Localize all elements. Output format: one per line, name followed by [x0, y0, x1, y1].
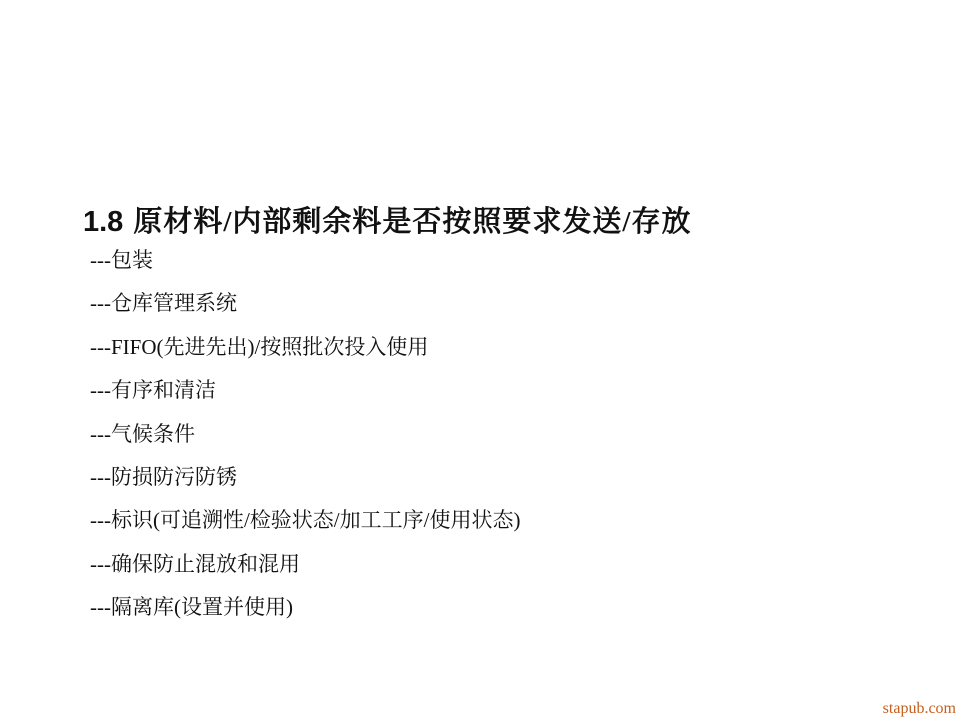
list-item: ---有序和清洁 [90, 369, 890, 412]
watermark: stapub.com [883, 700, 956, 718]
list-item: ---标识(可追溯性/检验状态/加工工序/使用状态) [90, 499, 890, 542]
list-item: ---包装 [90, 239, 890, 282]
section-title-text: 原材料/内部剩余料是否按照要求发送/存放 [133, 206, 691, 238]
list-item: ---确保防止混放和混用 [90, 543, 890, 586]
slide: 1.8原材料/内部剩余料是否按照要求发送/存放 ---包装 ---仓库管理系统 … [0, 0, 960, 720]
list-item: ---防损防污防锈 [90, 456, 890, 499]
list-item: ---气候条件 [90, 413, 890, 456]
page-title: 1.8原材料/内部剩余料是否按照要求发送/存放 [83, 199, 691, 240]
list-item: ---隔离库(设置并使用) [90, 586, 890, 629]
list-item: ---FIFO(先进先出)/按照批次投入使用 [90, 326, 890, 369]
checklist: ---包装 ---仓库管理系统 ---FIFO(先进先出)/按照批次投入使用 -… [90, 239, 890, 630]
list-item: ---仓库管理系统 [90, 282, 890, 325]
section-number: 1.8 [83, 206, 123, 238]
